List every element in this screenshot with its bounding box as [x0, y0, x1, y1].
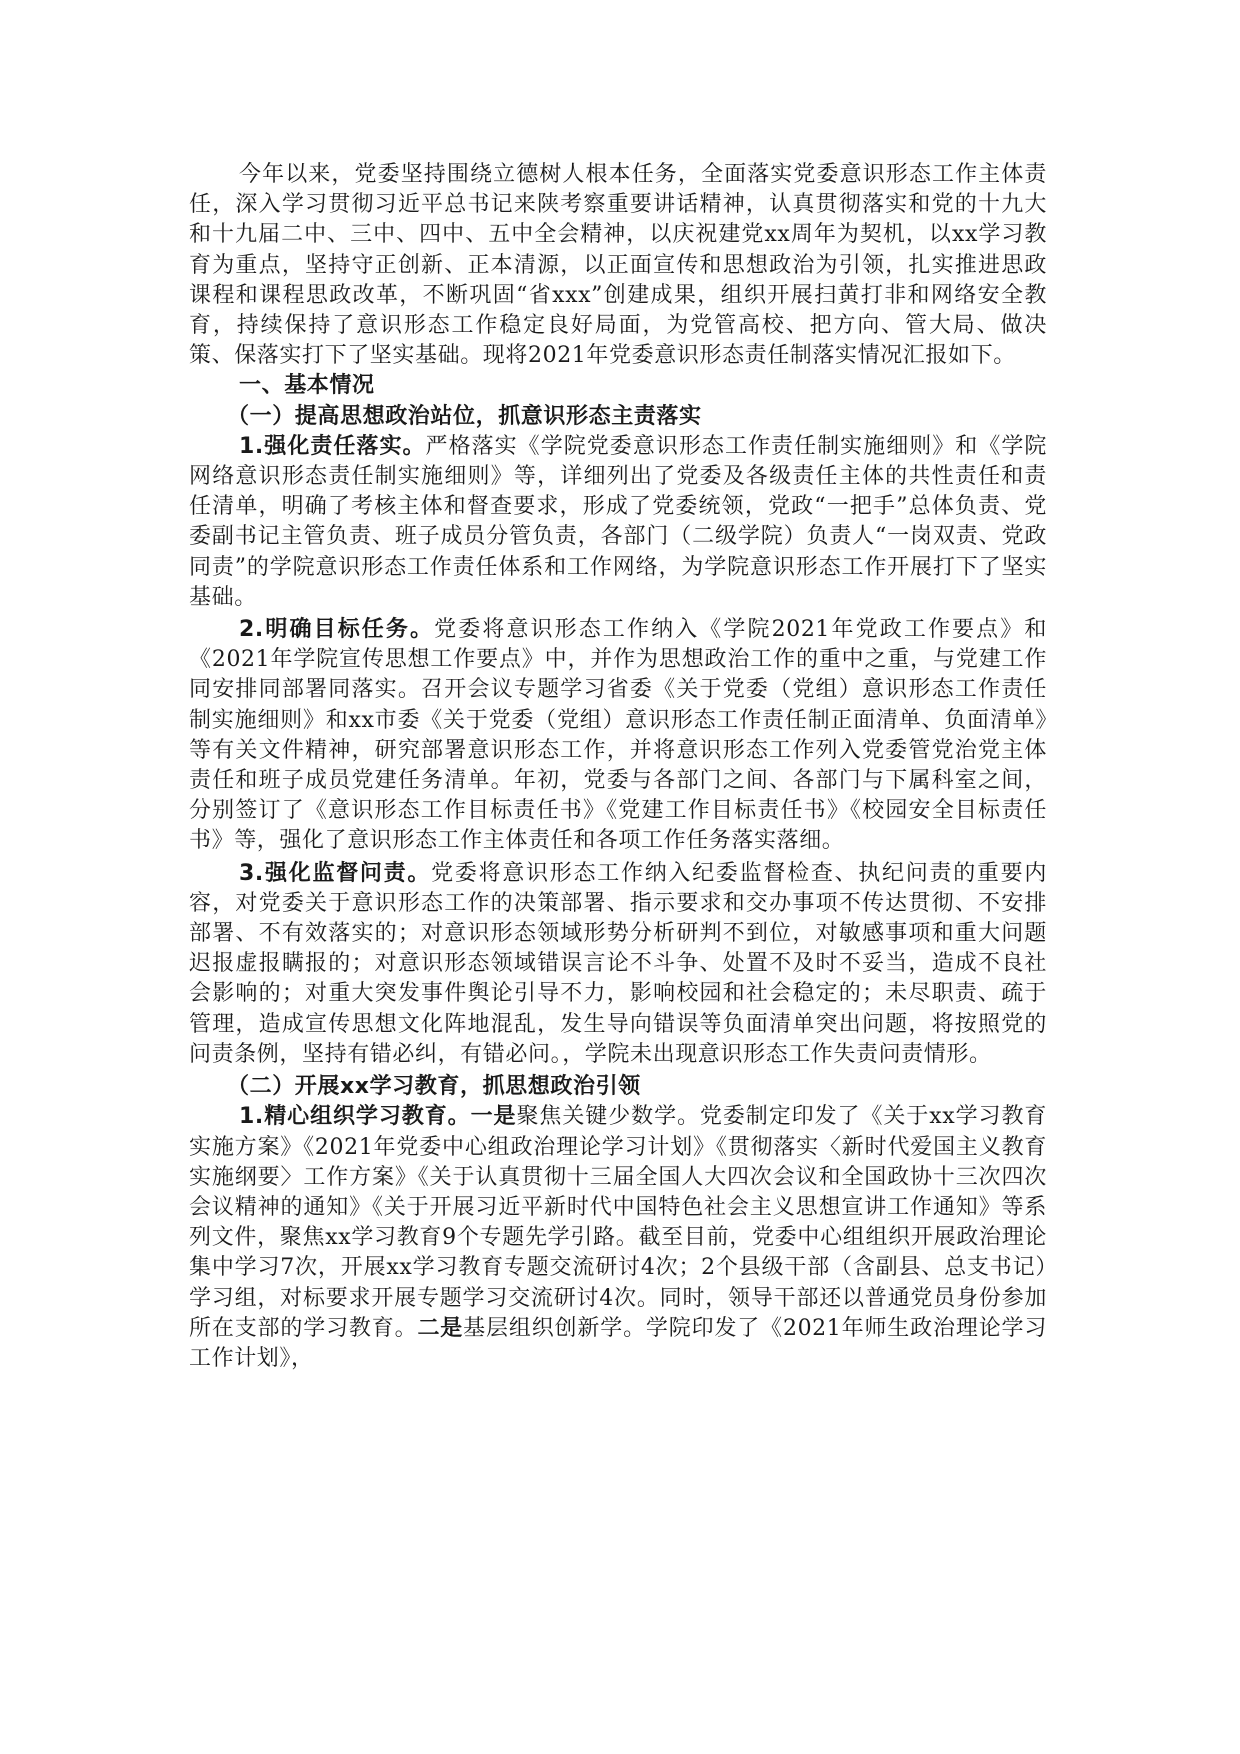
item-lead: 2.明确目标任务。 — [239, 617, 434, 642]
subsection-heading-1: （一）提高思想政治站位，抓意识形态主责落实 — [189, 402, 1047, 432]
item-strengthen-responsibility: 1.强化责任落实。严格落实《学院党委意识形态工作责任制实施细则》和《学院网络意识… — [189, 432, 1047, 613]
item-supervision-accountability: 3.强化监督问责。党委将意识形态工作纳入纪委监督检查、执纪问责的重要内容，对党委… — [189, 859, 1047, 1070]
item-lead-first: 一是 — [471, 1104, 517, 1129]
item-body: 聚焦关键少数学。党委制定印发了《关于xx学习教育实施方案》《2021年党委中心组… — [189, 1104, 1047, 1340]
section-heading-basic-situation: 一、基本情况 — [189, 371, 1047, 401]
item-body: 党委将意识形态工作纳入纪委监督检查、执纪问责的重要内容，对党委关于意识形态工作的… — [189, 861, 1047, 1067]
item-body: 党委将意识形态工作纳入《学院2021年党政工作要点》和《2021年学院宣传思想工… — [189, 617, 1047, 853]
item-lead-second: 二是 — [417, 1316, 463, 1341]
item-lead: 1.精心组织学习教育。 — [239, 1104, 471, 1129]
subsection-heading-2: （二）开展xx学习教育，抓思想政治引领 — [189, 1072, 1047, 1102]
item-organize-study: 1.精心组织学习教育。一是聚焦关键少数学。党委制定印发了《关于xx学习教育实施方… — [189, 1102, 1047, 1374]
item-body: 严格落实《学院党委意识形态工作责任制实施细则》和《学院网络意识形态责任制实施细则… — [189, 434, 1047, 610]
document-page: 今年以来，党委坚持围绕立德树人根本任务，全面落实党委意识形态工作主体责任，深入学… — [189, 160, 1047, 1374]
item-lead: 3.强化监督问责。 — [239, 861, 431, 886]
intro-paragraph: 今年以来，党委坚持围绕立德树人根本任务，全面落实党委意识形态工作主体责任，深入学… — [189, 160, 1047, 371]
item-lead: 1.强化责任落实。 — [239, 434, 426, 459]
item-clarify-goals: 2.明确目标任务。党委将意识形态工作纳入《学院2021年党政工作要点》和《202… — [189, 615, 1047, 857]
